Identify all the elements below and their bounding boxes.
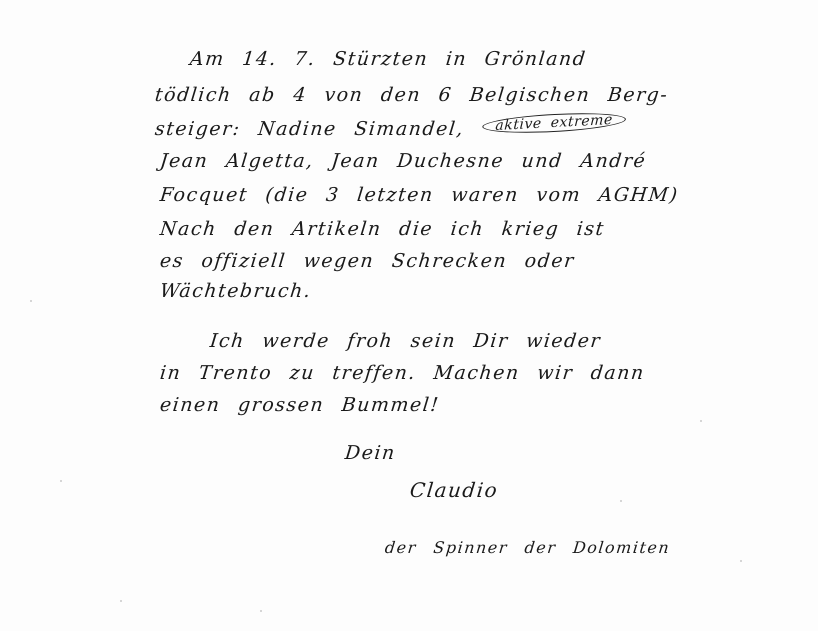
scan-speck xyxy=(120,600,122,602)
letter-line: Ich werde froh sein Dir wieder xyxy=(209,330,602,352)
scan-speck xyxy=(740,560,742,562)
letter-line: Focquet (die 3 letzten waren vom AGHM) xyxy=(159,184,680,206)
circled-annotation: aktive extreme xyxy=(481,110,625,135)
scan-speck xyxy=(260,610,262,612)
letter-line: es offiziell wegen Schrecken oder xyxy=(159,250,576,272)
letter-line-text: steiger: Nadine Simandel, xyxy=(154,118,465,140)
letter-line: Jean Algetta, Jean Duchesne und André xyxy=(159,150,648,172)
letter-line: in Trento zu treffen. Machen wir dann xyxy=(159,362,646,384)
scan-speck xyxy=(60,480,62,482)
scanned-letter-page: Am 14. 7. Stürzten in Grönland tödlich a… xyxy=(0,0,818,631)
letter-signature: Claudio xyxy=(409,478,500,502)
letter-line: Am 14. 7. Stürzten in Grönland xyxy=(189,48,588,70)
letter-line: tödlich ab 4 von den 6 Belgischen Berg- xyxy=(154,84,670,106)
letter-line: einen grossen Bummel! xyxy=(159,394,441,416)
letter-line: Wächtebruch. xyxy=(159,280,313,302)
scan-speck xyxy=(620,500,622,502)
letter-line: Nach den Artikeln die ich krieg ist xyxy=(159,218,606,240)
scan-speck xyxy=(30,300,32,302)
scan-speck xyxy=(700,420,702,422)
signature-title: der Spinner der Dolomiten xyxy=(384,538,671,557)
letter-closing: Dein xyxy=(344,442,397,464)
letter-line-with-annotation: steiger: Nadine Simandel, aktive extreme xyxy=(154,118,626,140)
